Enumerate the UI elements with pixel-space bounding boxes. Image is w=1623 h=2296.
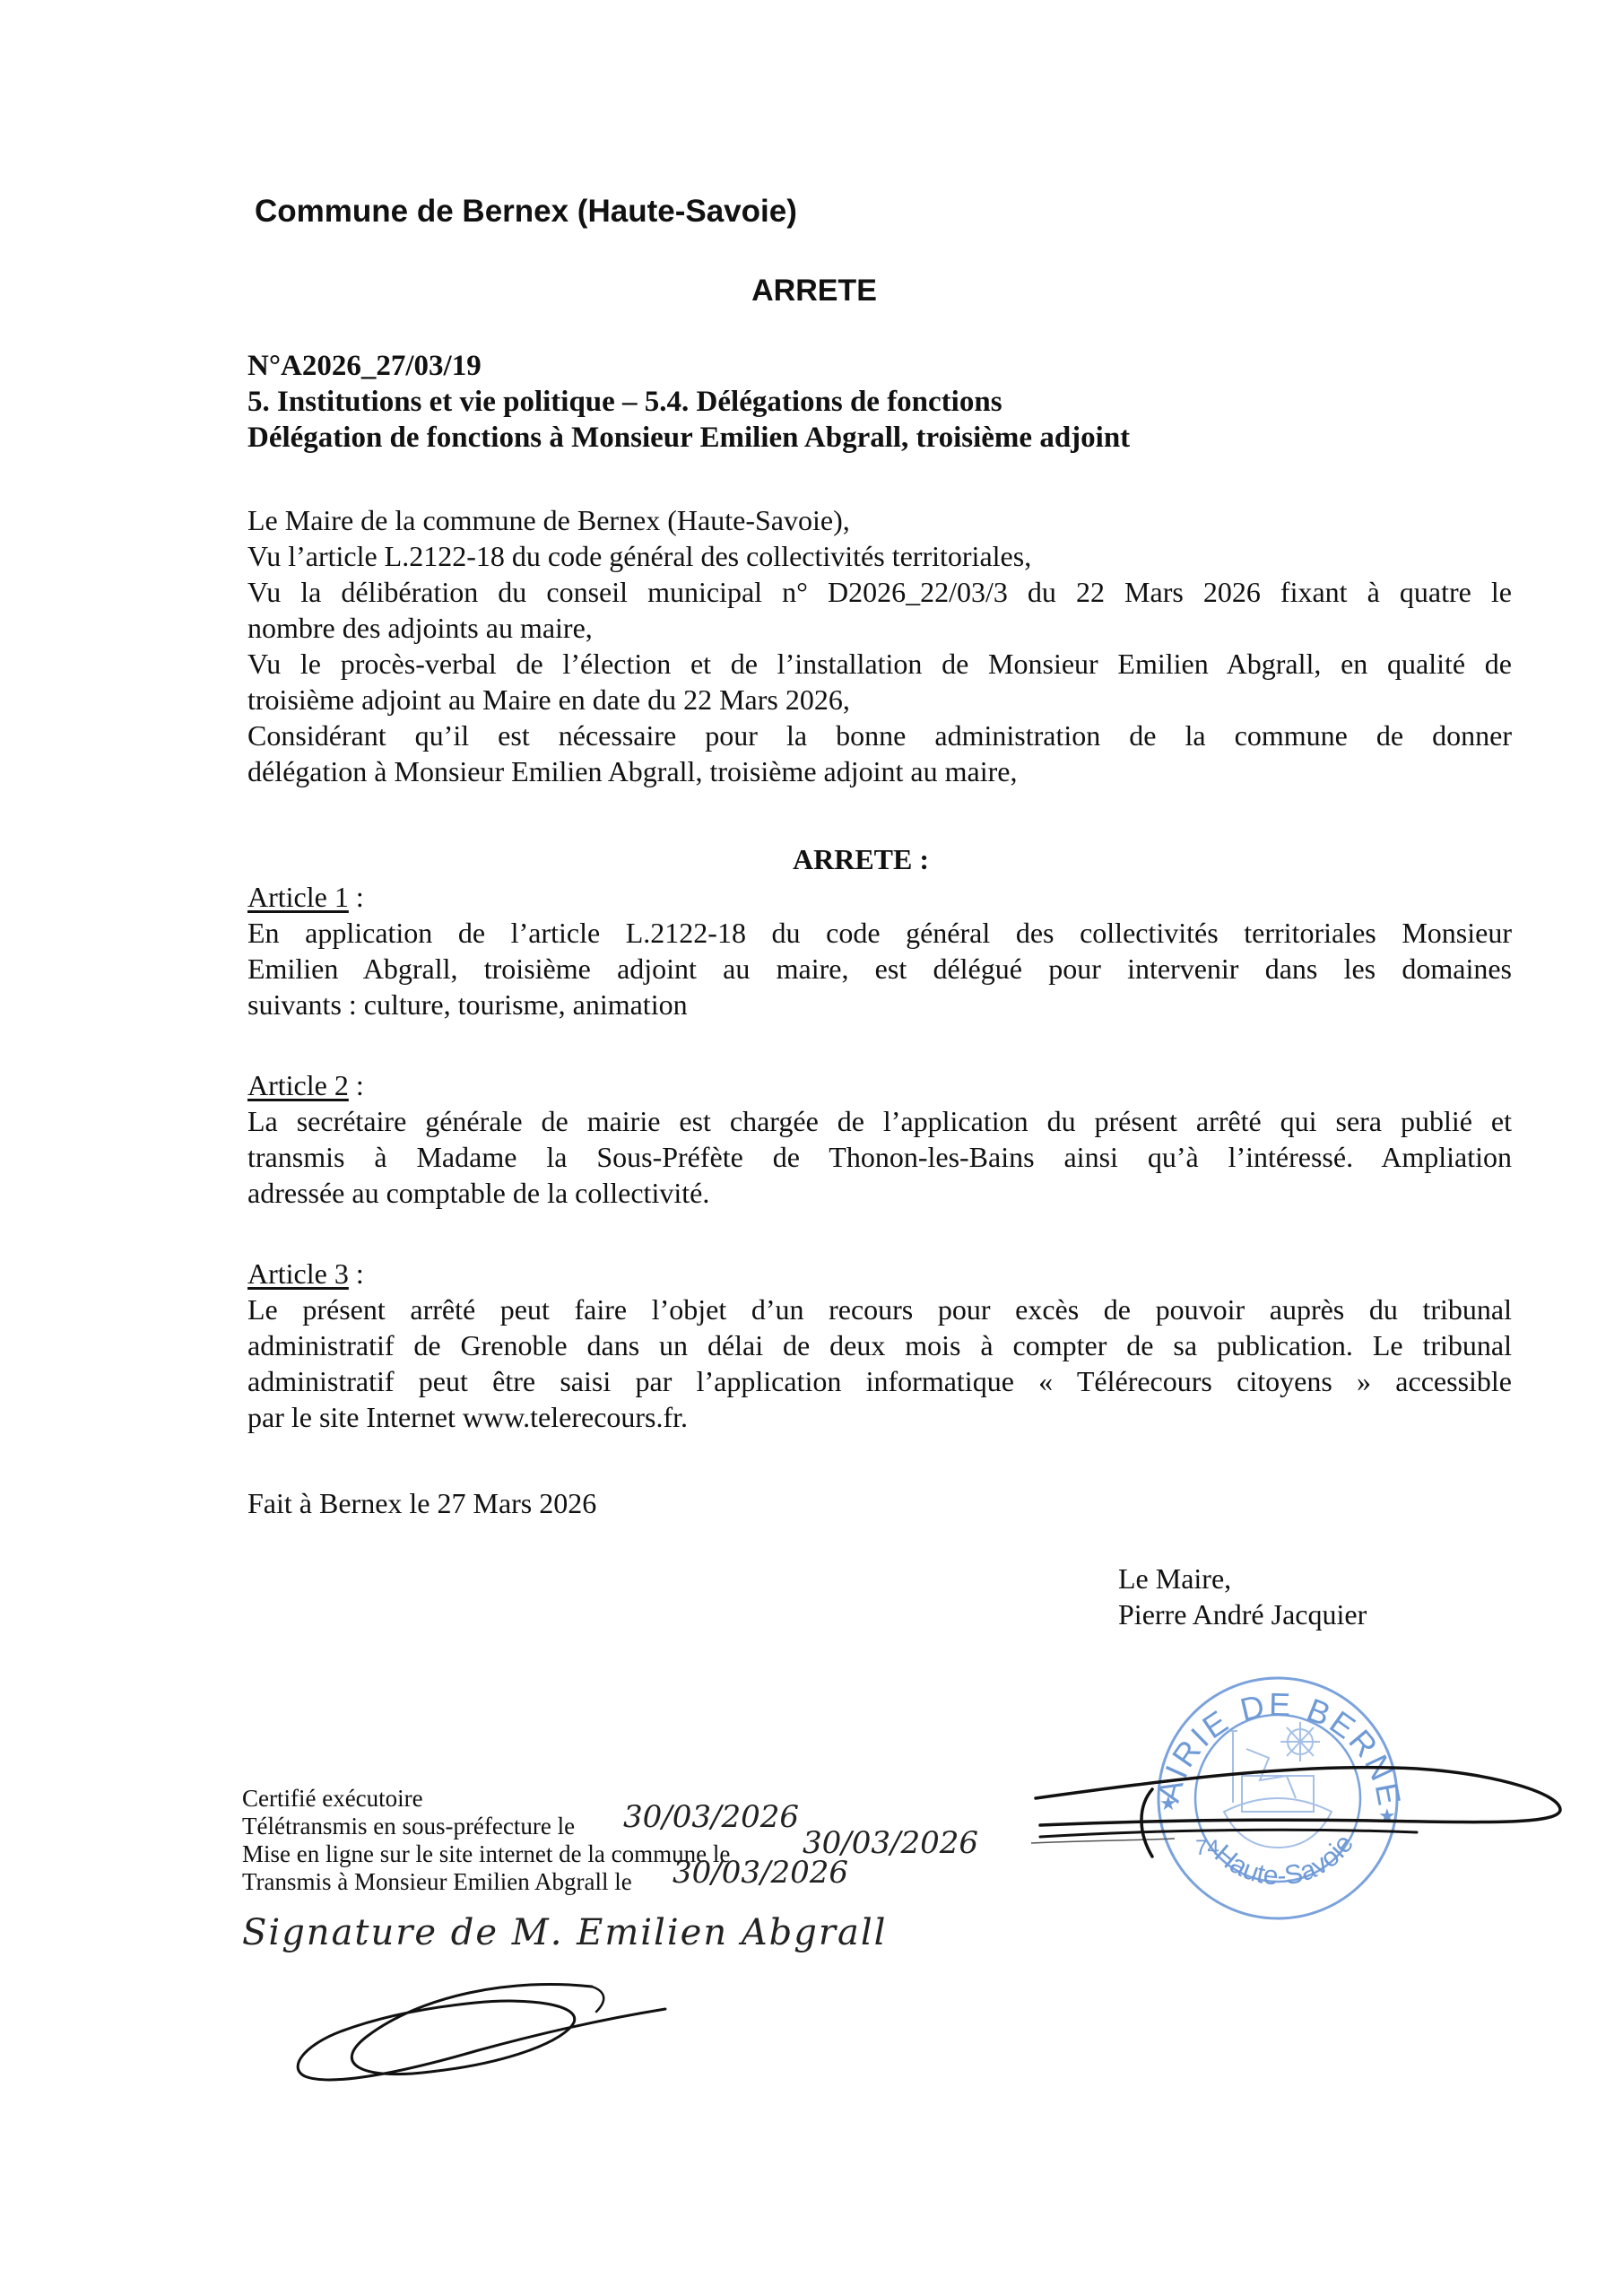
certification-label: Mise en ligne sur le site internet de la…	[242, 1840, 730, 1867]
preamble: Le Maire de la commune de Bernex (Haute-…	[247, 502, 1512, 789]
article-line: Le présent arrêté peut faire l’objet d’u…	[247, 1291, 1512, 1327]
commune-heading: Commune de Bernex (Haute-Savoie)	[255, 194, 797, 230]
article-title-suffix: :	[349, 1257, 364, 1290]
reference-block: N°A2026_27/03/19 5. Institutions et vie …	[247, 348, 1130, 456]
deputy-signature-icon	[296, 1969, 708, 2112]
preamble-line: Considérant qu’il est nécessaire pour la…	[247, 717, 1512, 753]
article-line: suivants : culture, tourisme, animation	[247, 987, 1512, 1022]
article-line: adressée au comptable de la collectivité…	[247, 1175, 1512, 1211]
decree-subject: Délégation de fonctions à Monsieur Emili…	[247, 420, 1130, 456]
article-2: Article 2 : La secrétaire générale de ma…	[247, 1067, 1512, 1211]
preamble-line: nombre des adjoints au maire,	[247, 610, 1512, 646]
place-date: Fait à Bernex le 27 Mars 2026	[247, 1487, 596, 1520]
article-title: Article 1	[247, 881, 349, 913]
article-line: administratif peut être saisi par l’appl…	[247, 1363, 1512, 1399]
article-title: Article 3	[247, 1257, 349, 1290]
certification-label: Télétransmis en sous-préfecture le	[242, 1813, 575, 1839]
preamble-line: Vu la délibération du conseil municipal …	[247, 574, 1512, 610]
mayor-signature-icon	[1031, 1758, 1569, 1857]
preamble-line: Le Maire de la commune de Bernex (Haute-…	[247, 502, 1512, 538]
document-title: ARRETE	[0, 274, 1623, 309]
decree-number: N°A2026_27/03/19	[247, 348, 1130, 384]
article-line: transmis à Madame la Sous-Préfète de Tho…	[247, 1139, 1512, 1175]
signatory-block: Le Maire, Pierre André Jacquier	[1118, 1561, 1367, 1632]
decision-heading: ARRETE :	[0, 843, 1623, 876]
preamble-line: troisième adjoint au Maire en date du 22…	[247, 682, 1512, 717]
preamble-line: délégation à Monsieur Emilien Abgrall, t…	[247, 753, 1512, 789]
handwritten-date: 30/03/2026	[803, 1830, 978, 1857]
signatory-role: Le Maire,	[1118, 1561, 1367, 1596]
signatory-name: Pierre André Jacquier	[1118, 1596, 1367, 1632]
handwritten-note: Signature de M. Emilien Abgrall	[242, 1912, 887, 1953]
preamble-line: Vu le procès-verbal de l’élection et de …	[247, 646, 1512, 682]
handwritten-date: 30/03/2026	[673, 1859, 848, 1887]
article-line: La secrétaire générale de mairie est cha…	[247, 1103, 1512, 1139]
article-line: administratif de Grenoble dans un délai …	[247, 1327, 1512, 1363]
article-line: par le site Internet www.telerecours.fr.	[247, 1399, 1512, 1435]
article-1: Article 1 : En application de l’article …	[247, 879, 1512, 1022]
handwritten-date: 30/03/2026	[623, 1804, 799, 1831]
certification-block: Certifié exécutoire Télétransmis en sous…	[242, 1785, 730, 1896]
certification-label: Transmis à Monsieur Emilien Abgrall le	[242, 1868, 632, 1895]
article-line: Emilien Abgrall, troisième adjoint au ma…	[247, 951, 1512, 987]
article-title-suffix: :	[349, 881, 364, 913]
article-title: Article 2	[247, 1069, 349, 1101]
article-3: Article 3 : Le présent arrêté peut faire…	[247, 1256, 1512, 1435]
preamble-line: Vu l’article L.2122-18 du code général d…	[247, 538, 1512, 574]
decree-category: 5. Institutions et vie politique – 5.4. …	[247, 384, 1130, 420]
article-title-suffix: :	[349, 1069, 364, 1101]
article-line: En application de l’article L.2122-18 du…	[247, 915, 1512, 951]
